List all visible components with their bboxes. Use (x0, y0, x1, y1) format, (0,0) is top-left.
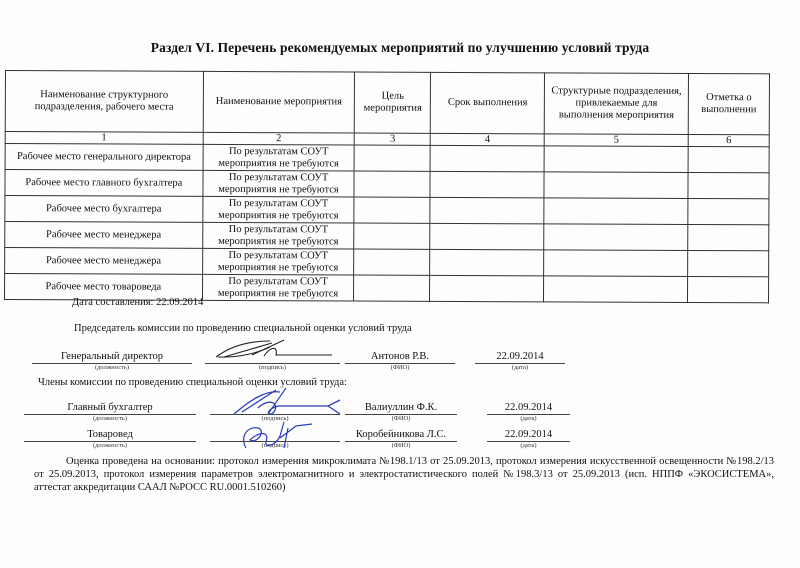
assessment-basis-paragraph: Оценка проведена на основании: протокол … (34, 455, 774, 494)
table-row: Рабочее место главного бухгалтераПо резу… (5, 170, 769, 199)
member-position: Главный бухгалтер (24, 401, 196, 415)
cell-workplace: Рабочее место главного бухгалтера (5, 170, 203, 197)
cell-workplace: Рабочее место менеджера (5, 248, 203, 275)
section-title: Раздел VI. Перечень рекомендуемых меропр… (0, 40, 800, 56)
caption-position: (должность) (32, 364, 192, 371)
caption-date: (дата) (475, 364, 565, 371)
chairman-heading: Председатель комиссии по проведению спец… (74, 323, 412, 334)
column-number: 2 (203, 132, 355, 145)
cell-mark (688, 172, 769, 198)
chairman-signature-icon (212, 337, 342, 361)
cell-measure: По результатам СОУТ мероприятия не требу… (202, 274, 354, 301)
caption-position: (должность) (24, 442, 196, 449)
cell-units (544, 146, 688, 173)
cell-workplace: Рабочее место генерального директора (5, 144, 203, 171)
cell-workplace: Рабочее место менеджера (5, 222, 203, 249)
cell-measure: По результатам СОУТ мероприятия не требу… (202, 196, 354, 223)
caption-name: (ФИО) (345, 442, 457, 449)
cell-goal (354, 197, 430, 223)
chairman-position: Генеральный директор (32, 350, 192, 364)
table-row: Рабочее место менеджераПо результатам СО… (5, 248, 769, 277)
header-measure: Наименование мероприятия (203, 71, 355, 133)
member-date: 22.09.2014 (487, 401, 570, 415)
cell-measure: По результатам СОУТ мероприятия не требу… (202, 248, 354, 275)
cell-deadline (430, 223, 544, 249)
cell-goal (354, 223, 430, 249)
column-number: 6 (688, 134, 769, 146)
caption-name: (ФИО) (345, 415, 457, 422)
header-deadline: Срок выполнения (431, 72, 545, 133)
cell-deadline (430, 249, 544, 275)
cell-mark (688, 250, 769, 276)
column-number: 4 (431, 133, 545, 145)
column-number: 1 (5, 132, 203, 145)
compiled-date: Дата составления: 22.09.2014 (72, 297, 203, 308)
cell-deadline (430, 197, 544, 223)
column-number: 3 (355, 133, 431, 145)
cell-mark (688, 224, 769, 250)
cell-goal (354, 275, 430, 301)
cell-mark (688, 198, 769, 224)
header-workplace: Наименование структурного подразделения,… (5, 71, 203, 133)
cell-goal (354, 145, 430, 171)
member-position: Товаровед (24, 428, 196, 442)
cell-mark (688, 276, 769, 302)
caption-name: (ФИО) (345, 364, 455, 371)
cell-goal (354, 171, 430, 197)
cell-deadline (430, 145, 544, 171)
member-name: Валиуллин Ф.К. (345, 401, 457, 415)
table-row: Рабочее место бухгалтераПо результатам С… (5, 196, 769, 225)
table-row: Рабочее место генерального директораПо р… (5, 144, 769, 173)
column-number: 5 (544, 134, 688, 147)
member-date: 22.09.2014 (487, 428, 570, 442)
caption-signature: (подпись) (205, 364, 340, 371)
scanned-document-page: Раздел VI. Перечень рекомендуемых меропр… (0, 0, 800, 568)
cell-measure: По результатам СОУТ мероприятия не требу… (202, 222, 354, 249)
chairman-name: Антонов Р.В. (345, 350, 455, 364)
cell-workplace: Рабочее место бухгалтера (5, 196, 203, 223)
header-units: Структурные подразделения, привлекаемые … (544, 73, 688, 135)
caption-date: (дата) (487, 442, 570, 449)
cell-units (544, 224, 688, 251)
caption-position: (должность) (24, 415, 196, 422)
cell-units (544, 276, 688, 303)
caption-date: (дата) (487, 415, 570, 422)
member-name: Коробейникова Л.С. (345, 428, 457, 442)
cell-deadline (430, 171, 544, 197)
member-signature-icon (236, 418, 316, 452)
cell-deadline (430, 275, 544, 301)
header-goal: Цель мероприятия (355, 72, 431, 133)
cell-units (544, 172, 688, 199)
chairman-date: 22.09.2014 (475, 350, 565, 364)
cell-measure: По результатам СОУТ мероприятия не требу… (203, 170, 355, 197)
cell-mark (688, 146, 769, 172)
cell-goal (354, 249, 430, 275)
cell-units (544, 250, 688, 277)
cell-units (544, 198, 688, 225)
table-header-row: Наименование структурного подразделения,… (5, 71, 769, 135)
header-mark: Отметка о выполнении (688, 73, 769, 134)
measures-table: Наименование структурного подразделения,… (4, 70, 770, 303)
table-row: Рабочее место менеджераПо результатам СО… (5, 222, 769, 251)
cell-measure: По результатам СОУТ мероприятия не требу… (203, 144, 355, 171)
